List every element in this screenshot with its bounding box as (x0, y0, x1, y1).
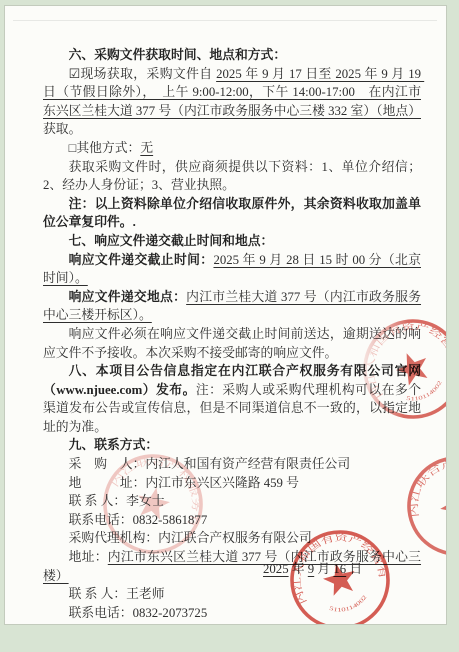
paragraph: □其他方式：无 (43, 139, 421, 158)
paragraph: 响应文件递交地点：内江市兰桂大道 377 号（内江市政务服务中心三楼开标区）。 (43, 288, 421, 325)
text-segment: □其他方式： (69, 141, 141, 155)
paragraph: 采购代理机构：内江联合产权服务有限公司 (43, 529, 421, 548)
text-segment: 地 址：内江市东兴区兴隆路 459 号 (69, 476, 299, 490)
scanned-document-page: { "page": { "background_color": "#d8e4d3… (0, 0, 459, 652)
text-segment: 联 系 人：李女士 (69, 494, 165, 508)
text-segment: 获取采购文件时，供应商须提供以下资料：1、单位介绍信；2、经办人身份证；3、营业… (43, 160, 421, 193)
text-segment: 联系电话：0832-5861877 (69, 513, 208, 527)
paragraph: 地 址：内江市东兴区兴隆路 459 号 (43, 474, 421, 493)
seal-star-icon (435, 483, 447, 525)
text-segment: 七、响应文件递交截止时间和地点： (69, 234, 274, 248)
text-segment: 联 系 人：王老师 (69, 587, 165, 601)
paragraph: 联 系 人：李女士 (43, 492, 421, 511)
paragraph: 响应文件必须在响应文件递交截止时间前送达，逾期送达的响应文件不予接收。本次采购不… (43, 325, 421, 362)
text-segment: 2025 (263, 562, 289, 576)
text-segment: 注：以上资料除单位介绍信收取原件外，其余资料收取加盖单位公章复印件。. (43, 197, 421, 230)
paragraph: 采 购 人：内江人和国有资产经营有限责任公司 (43, 455, 421, 474)
text-segment: 地址： (69, 550, 108, 564)
text-segment: 九、联系方式： (69, 438, 159, 452)
text-segment: 采 购 人：内江人和国有资产经营有限责任公司 (69, 457, 351, 471)
paragraph: 联 系 人：王老师 (43, 585, 421, 604)
text-segment: ☑现场获取，采购文件自 (69, 67, 217, 81)
text-segment: 六、采购文件获取时间、地点和方式： (69, 48, 287, 62)
scan-artifact-line (13, 20, 437, 21)
text-segment: 月 (314, 562, 333, 576)
text-segment: 响应文件递交地点： (69, 290, 187, 304)
text-segment: 日 (346, 562, 362, 576)
date-line: 2025 年 9 月 16 日 (263, 562, 362, 577)
paragraph: 响应文件递交截止时间：2025 年 9 月 28 日 15 时 00 分（北京时… (43, 251, 421, 288)
text-segment: 联系电话：0832-2073725 (69, 606, 208, 620)
paragraph: 2025 年 9 月 16 日 (263, 562, 362, 576)
paragraph: 八、本项目公告信息指定在内江联合产权服务有限公司官网（www.njuee.com… (43, 362, 421, 436)
document-body: 六、采购文件获取时间、地点和方式：☑现场获取，采购文件自 2025 年 9 月 … (43, 46, 421, 622)
paragraph: 九、联系方式： (43, 436, 421, 455)
paragraph: 联系电话：0832-2073725 (43, 604, 421, 623)
text-segment: 响应文件递交截止时间： (69, 253, 214, 267)
text-segment: 年 (289, 562, 308, 576)
paragraph: ☑现场获取，采购文件自 2025 年 9 月 17 日至 2025 年 9 月 … (43, 65, 421, 139)
paragraph: 获取采购文件时，供应商须提供以下资料：1、单位介绍信；2、经办人身份证；3、营业… (43, 158, 421, 195)
text-segment: 16 (333, 562, 346, 576)
document-paper: 内江联合产权服务有限公司 六、采购文件获取时间、地点和方式：☑现场获取，采购文件… (4, 5, 447, 625)
text-segment: 响应文件必须在响应文件递交截止时间前送达，逾期送达的响应文件不予接收。本次采购不… (43, 327, 421, 360)
paragraph: 联系电话：0832-5861877 (43, 511, 421, 530)
text-segment: 获取。 (43, 122, 81, 136)
paragraph: 七、响应文件递交截止时间和地点： (43, 232, 421, 251)
paragraph: 六、采购文件获取时间、地点和方式： (43, 46, 421, 65)
text-segment: 无 (140, 141, 153, 155)
text-segment: 采购代理机构：内江联合产权服务有限公司 (69, 531, 312, 545)
paragraph: 注：以上资料除单位介绍信收取原件外，其余资料收取加盖单位公章复印件。. (43, 195, 421, 232)
paragraph: 地址：内江市东兴区兰桂大道 377 号（内江市政务服务中心三楼） (43, 548, 421, 585)
